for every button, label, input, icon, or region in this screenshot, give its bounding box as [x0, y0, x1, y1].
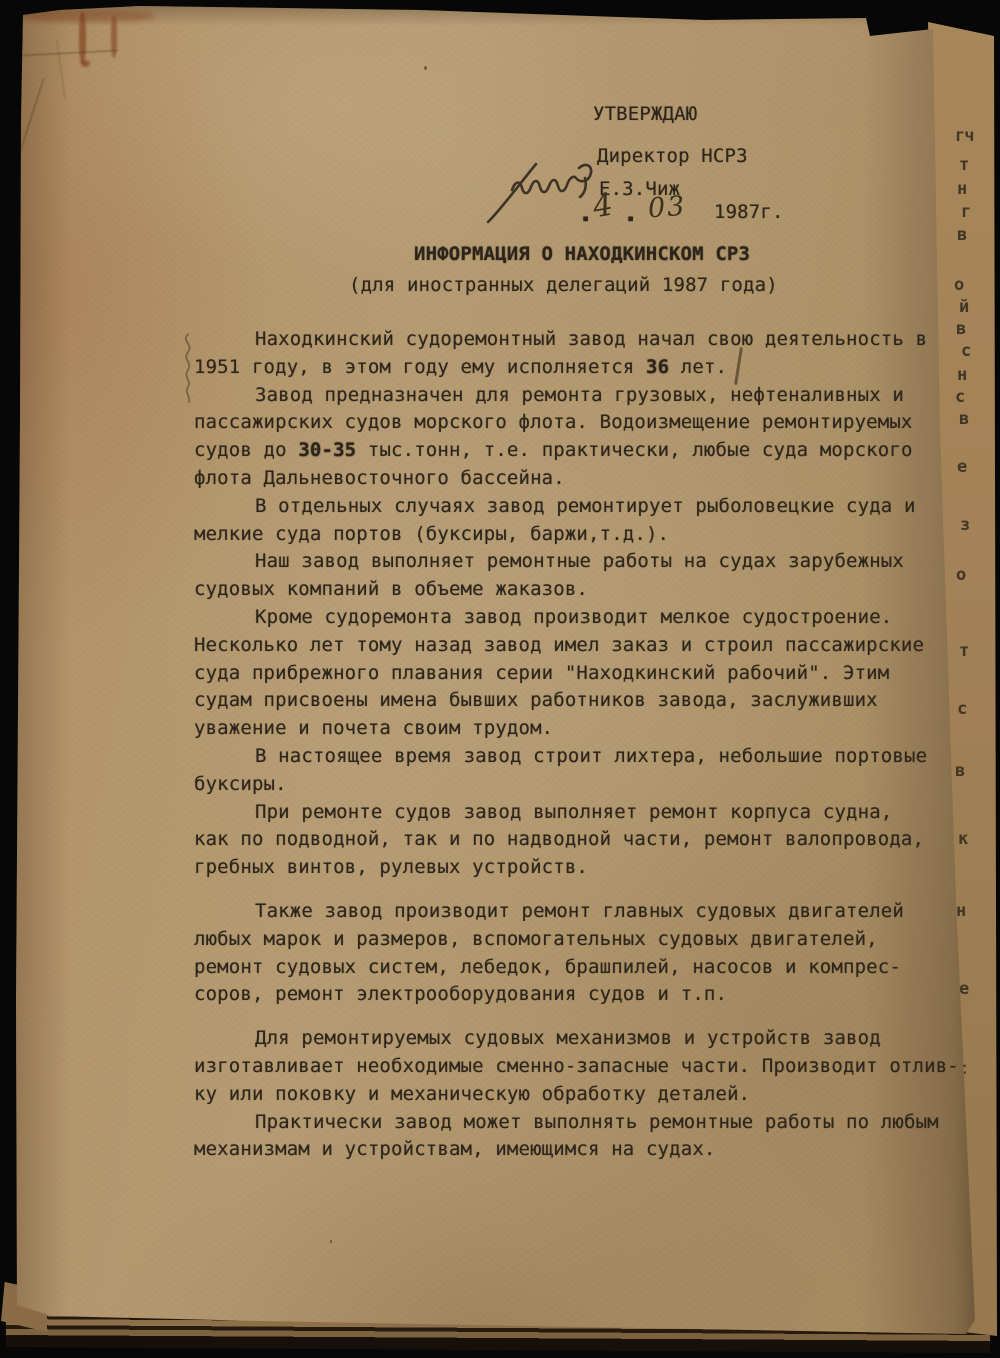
edge-letter-fragment: н — [957, 365, 966, 385]
text-line: Для ремонтируемых судовых механизмов и у… — [194, 1025, 984, 1053]
paragraph: Наш завод выполняет ремонтные работы на … — [194, 548, 984, 604]
edge-letter-fragment: е — [957, 457, 966, 477]
text-line: буксиры. — [194, 771, 984, 799]
text-line: В отдельных случаях завод ремонтирует ры… — [194, 493, 984, 521]
text-line: Практически завод может выполнять ремонт… — [194, 1109, 984, 1137]
stain-smear — [24, 10, 154, 22]
text-line: Кроме судоремонта завод производит мелко… — [194, 604, 984, 632]
document-page: УТВЕРЖДАЮ Директор НСРЗ Е.З.Чиж ▪ 4 ▪ 03… — [0, 0, 1000, 1358]
text-line: гребных винтов, рулевых устройств. — [194, 854, 984, 882]
edge-letter-fragment: н — [956, 901, 965, 921]
paragraph: Находкинский судоремонтный завод начал с… — [194, 326, 984, 382]
text-line: любых марок и размеров, вспомогательных … — [194, 926, 984, 954]
paper-crease — [56, 40, 66, 100]
text-line: как по подводной, так и по надводной час… — [194, 826, 984, 854]
text-line: судов до 30-35 тыс.тонн, т.е. практическ… — [194, 437, 984, 465]
handwritten-month: 03 — [647, 191, 687, 225]
edge-letter-fragment: т — [959, 155, 968, 175]
text-line: В настоящее время завод строит лихтера, … — [194, 743, 984, 771]
document-title: ИНФОРМАЦИЯ О НАХОДКИНСКОМ СРЗ — [414, 241, 750, 269]
text-line: пассажирских судов морского флота. Водои… — [194, 409, 984, 437]
document-body: Находкинский судоремонтный завод начал с… — [194, 326, 984, 1164]
ink-speck — [330, 1240, 332, 1243]
edge-letter-fragment: с — [957, 699, 966, 719]
typed-quote-mark: ▪ — [627, 205, 634, 233]
text-line: Несколько лет тому назад завод имел зака… — [194, 632, 984, 660]
edge-letter-fragment: в — [955, 761, 964, 781]
text-line: изготавливает необходимые сменно-запасны… — [194, 1053, 984, 1081]
edge-letter-fragment: о — [956, 565, 965, 585]
edge-letter-fragment: з — [960, 515, 969, 535]
edge-letter-fragment: гч — [955, 126, 973, 146]
paragraph: В отдельных случаях завод ремонтирует ры… — [194, 493, 984, 549]
text-line: При ремонте судов завод выполняет ремонт… — [194, 799, 984, 827]
margin-annotation-mark — [176, 331, 198, 409]
text-line: Наш завод выполняет ремонтные работы на … — [194, 548, 984, 576]
text-line: Также завод производит ремонт главных су… — [194, 898, 984, 926]
stain-drip — [79, 12, 86, 64]
edge-letter-fragment: е — [959, 979, 968, 999]
edge-letter-fragment: в — [956, 319, 965, 339]
document-subtitle: (для иностранных делегаций 1987 года) — [349, 272, 778, 300]
edge-letter-fragment: о — [954, 275, 963, 295]
typed-year: 1987г. — [714, 199, 784, 227]
text-line: 1951 году, в этом году ему исполняется 3… — [194, 354, 984, 382]
paper-crease — [17, 78, 45, 159]
paragraph: В настоящее время завод строит лихтера, … — [194, 743, 984, 799]
paper-crease — [22, 49, 118, 56]
paragraph: Также завод производит ремонт главных су… — [194, 898, 984, 1009]
approval-stamp-label: УТВЕРЖДАЮ — [593, 101, 697, 129]
text-line: Завод предназначен для ремонта грузовых,… — [194, 382, 984, 410]
text-line: соров, ремонт электрооборудования судов … — [194, 981, 984, 1009]
page-edge-shadow — [0, 0, 70, 1358]
paragraph: Практически завод может выполнять ремонт… — [194, 1109, 984, 1165]
text-line: мелкие суда портов (буксиры, баржи,т.д.)… — [194, 521, 984, 549]
edge-letter-fragment: й — [959, 297, 968, 317]
text-line: ремонт судовых систем, лебедок, брашпиле… — [194, 954, 984, 982]
text-line: уважение и почета своим трудом. — [194, 715, 984, 743]
text-line: флота Дальневосточного бассейна. — [194, 465, 984, 493]
edge-letter-fragment: в — [959, 409, 968, 429]
text-line: суда прибрежного плавания серии "Находки… — [194, 660, 984, 688]
ink-speck — [424, 66, 427, 70]
edge-letter-fragment: в — [957, 225, 966, 245]
paragraph: При ремонте судов завод выполняет ремонт… — [194, 799, 984, 882]
paragraph: Завод предназначен для ремонта грузовых,… — [194, 382, 984, 493]
edge-letter-fragment: с — [955, 387, 964, 407]
paragraph: Кроме судоремонта завод производит мелко… — [194, 604, 984, 743]
edge-letter-fragment: к — [958, 829, 967, 849]
paragraph: Для ремонтируемых судовых механизмов и у… — [194, 1025, 984, 1108]
edge-letter-fragment: г — [961, 202, 970, 222]
text-line: механизмам и устройствам, имеющимся на с… — [194, 1136, 984, 1164]
edge-letter-fragment: н — [957, 179, 966, 199]
edge-letter-fragment: т — [959, 641, 968, 661]
text-line: ку или поковку и механическую обработку … — [194, 1081, 984, 1109]
photo-background: гчтнгвойвснсвезотсвкнесув УТВЕРЖДАЮ Дире… — [0, 0, 1000, 1358]
typed-quote-mark: ▪ — [582, 205, 589, 233]
text-line: Находкинский судоремонтный завод начал с… — [194, 326, 984, 354]
edge-letter-fragment: с — [961, 341, 970, 361]
text-line: судам присвоены имена бывших работников … — [194, 687, 984, 715]
stain-dot — [81, 60, 90, 67]
text-line: судовых компаний в объеме жаказов. — [194, 576, 984, 604]
